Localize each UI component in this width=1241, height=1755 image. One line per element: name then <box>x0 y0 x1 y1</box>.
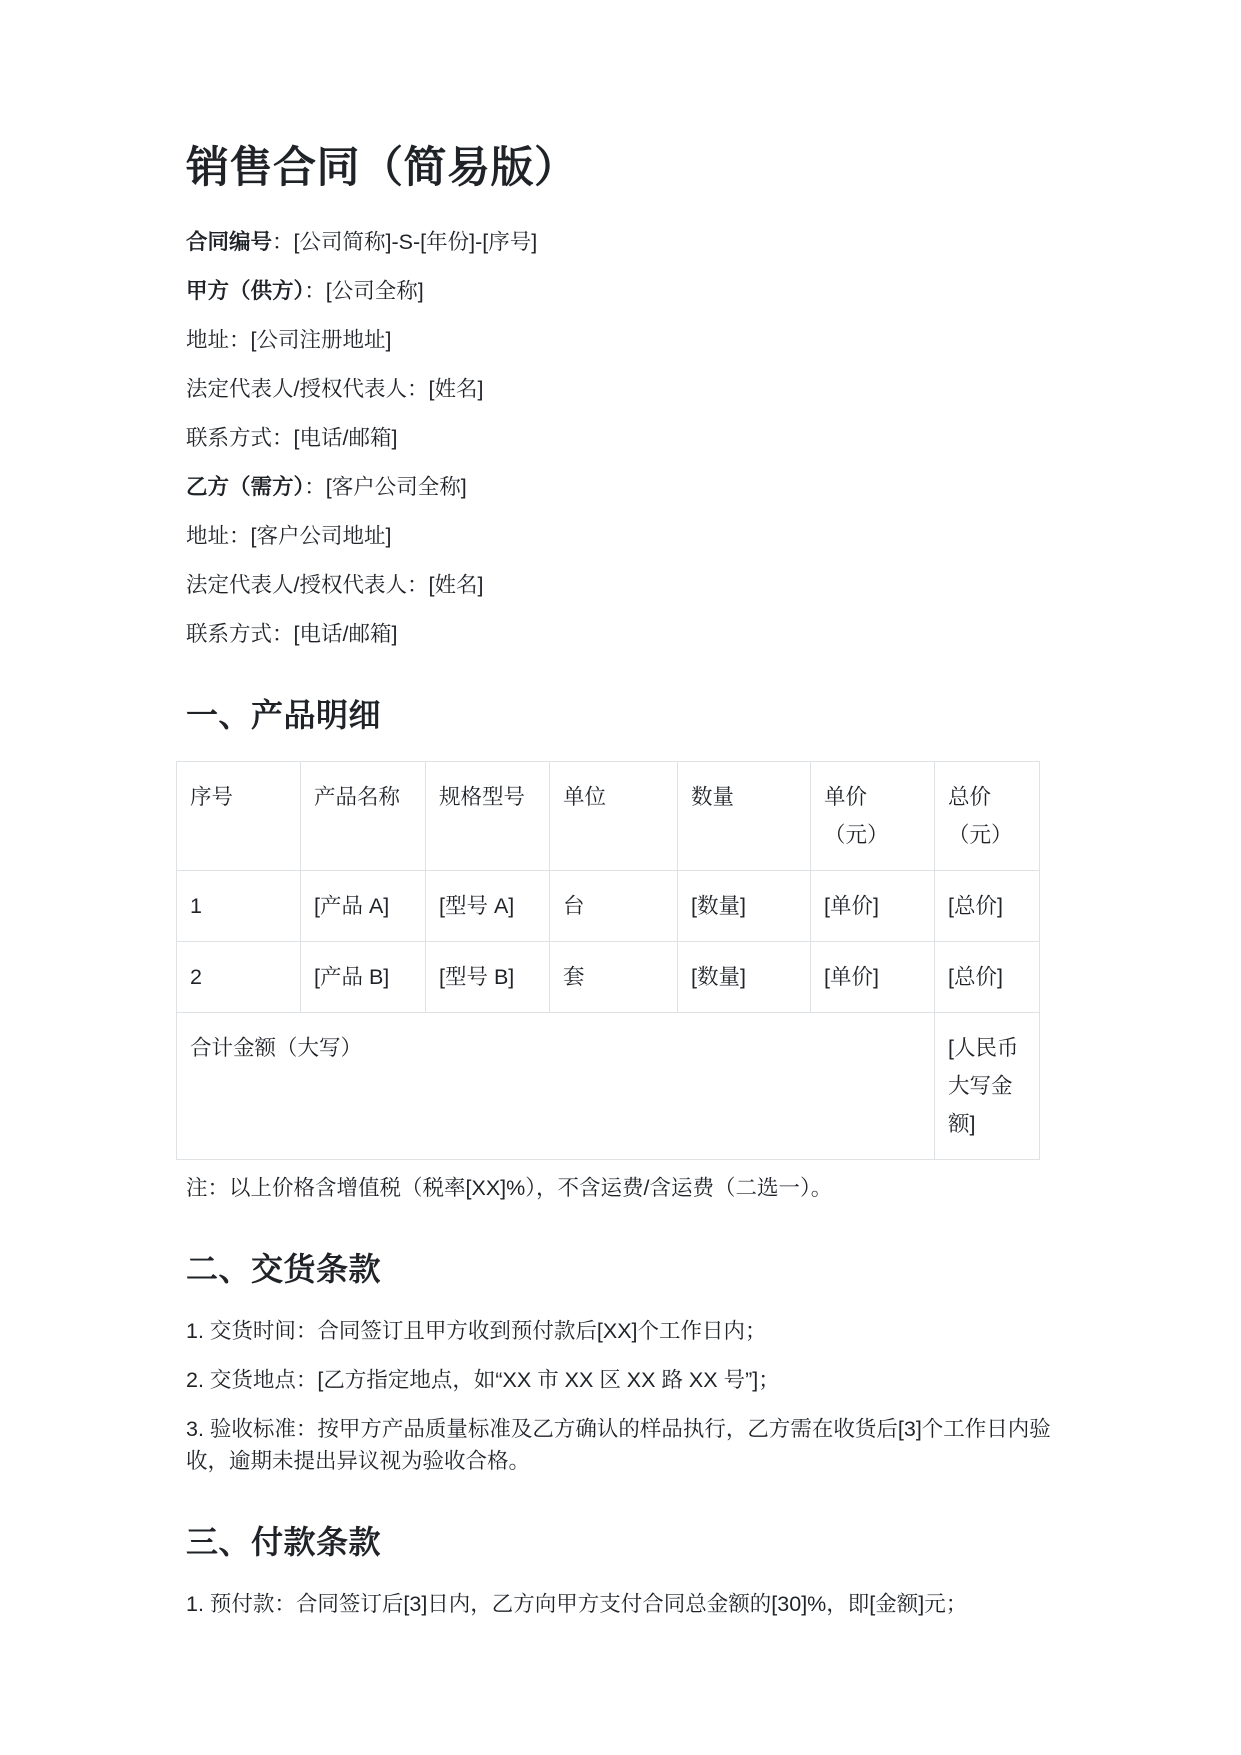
meta-value-party-b-contact: 联系方式：[电话/邮箱] <box>186 622 397 646</box>
delivery-term-acceptance: 3. 验收标准：按甲方产品质量标准及乙方确认的样品执行，乙方需在收货后[3]个工… <box>186 1413 1081 1477</box>
meta-line-party-b-representative: 法定代表人/授权代表人：[姓名] <box>186 569 1081 601</box>
delivery-term-time: 1. 交货时间：合同签订且甲方收到预付款后[XX]个工作日内； <box>186 1315 1081 1347</box>
cell-unit-price: [单价] <box>811 942 935 1013</box>
tax-shipping-note: 注：以上价格含增值税（税率[XX]%），不含运费/含运费（二选一）。 <box>186 1172 1081 1204</box>
cell-product-name: [产品 A] <box>301 871 426 942</box>
meta-line-party-a-address: 地址：[公司注册地址] <box>186 324 1081 356</box>
cell-total-price: [总价] <box>935 871 1040 942</box>
cell-spec-model: [型号 B] <box>426 942 550 1013</box>
col-header-unit: 单位 <box>550 762 678 871</box>
section-heading-product-details: 一、产品明细 <box>186 695 1081 735</box>
table-row-product-a: 1 [产品 A] [型号 A] 台 [数量] [单价] [总价] <box>177 871 1040 942</box>
table-row-product-b: 2 [产品 B] [型号 B] 套 [数量] [单价] [总价] <box>177 942 1040 1013</box>
meta-line-party-a: 甲方（供方）：[公司全称] <box>186 275 1081 307</box>
section-heading-delivery-terms: 二、交货条款 <box>186 1249 1081 1289</box>
delivery-term-location: 2. 交货地点：[乙方指定地点，如“XX 市 XX 区 XX 路 XX 号”]； <box>186 1364 1081 1396</box>
col-header-unit-price-line1: 单价 <box>824 785 867 809</box>
col-header-spec-model: 规格型号 <box>426 762 550 871</box>
cell-total-price: [总价] <box>935 942 1040 1013</box>
meta-value-party-b-address: 地址：[客户公司地址] <box>186 524 391 548</box>
cell-quantity: [数量] <box>678 942 811 1013</box>
meta-value-party-a: ：[公司全称] <box>304 279 423 303</box>
col-header-unit-price: 单价（元） <box>811 762 935 871</box>
meta-line-party-b-contact: 联系方式：[电话/邮箱] <box>186 618 1081 650</box>
cell-total-amount-label: 合计金额（大写） <box>177 1013 935 1160</box>
meta-line-party-a-contact: 联系方式：[电话/邮箱] <box>186 422 1081 454</box>
meta-value-party-b: ：[客户公司全称] <box>304 475 466 499</box>
table-header-row: 序号 产品名称 规格型号 单位 数量 单价（元） 总价（元） <box>177 762 1040 871</box>
document-content: 销售合同（简易版） 合同编号：[公司简称]-S-[年份]-[序号] 甲方（供方）… <box>0 0 1241 1677</box>
meta-label-party-a: 甲方（供方） <box>186 279 304 303</box>
cell-spec-model: [型号 A] <box>426 871 550 942</box>
products-table: 序号 产品名称 规格型号 单位 数量 单价（元） 总价（元） 1 [产品 A] … <box>176 761 1040 1160</box>
meta-value-party-a-address: 地址：[公司注册地址] <box>186 328 391 352</box>
meta-line-party-a-representative: 法定代表人/授权代表人：[姓名] <box>186 373 1081 405</box>
cell-unit: 台 <box>550 871 678 942</box>
cell-product-name: [产品 B] <box>301 942 426 1013</box>
table-footer-row: 合计金额（大写） [人民币大写金额] <box>177 1013 1040 1160</box>
meta-label-contract-number: 合同编号 <box>186 230 272 254</box>
meta-label-party-b: 乙方（需方） <box>186 475 304 499</box>
col-header-unit-price-line2: （元） <box>824 823 889 847</box>
payment-term-advance: 1. 预付款：合同签订后[3]日内，乙方向甲方支付合同总金额的[30]%，即[金… <box>186 1588 1081 1620</box>
meta-line-party-b: 乙方（需方）：[客户公司全称] <box>186 471 1081 503</box>
meta-value-contract-number: ：[公司简称]-S-[年份]-[序号] <box>272 230 537 254</box>
meta-value-party-a-representative: 法定代表人/授权代表人：[姓名] <box>186 377 483 401</box>
cell-index: 1 <box>177 871 301 942</box>
col-header-total-price: 总价（元） <box>935 762 1040 871</box>
meta-value-party-b-representative: 法定代表人/授权代表人：[姓名] <box>186 573 483 597</box>
col-header-quantity: 数量 <box>678 762 811 871</box>
contract-document-page: 销售合同（简易版） 合同编号：[公司简称]-S-[年份]-[序号] 甲方（供方）… <box>0 0 1241 1755</box>
meta-value-party-a-contact: 联系方式：[电话/邮箱] <box>186 426 397 450</box>
cell-total-amount-value: [人民币大写金额] <box>935 1013 1040 1160</box>
section-heading-payment-terms: 三、付款条款 <box>186 1522 1081 1562</box>
cell-unit: 套 <box>550 942 678 1013</box>
cell-unit-price: [单价] <box>811 871 935 942</box>
doc-title: 销售合同（简易版） <box>186 140 1081 196</box>
meta-line-party-b-address: 地址：[客户公司地址] <box>186 520 1081 552</box>
col-header-product-name: 产品名称 <box>301 762 426 871</box>
meta-line-contract-number: 合同编号：[公司简称]-S-[年份]-[序号] <box>186 226 1081 258</box>
col-header-total-price-line1: 总价 <box>948 785 991 809</box>
cell-quantity: [数量] <box>678 871 811 942</box>
cell-index: 2 <box>177 942 301 1013</box>
col-header-total-price-line2: （元） <box>948 823 1013 847</box>
col-header-index: 序号 <box>177 762 301 871</box>
